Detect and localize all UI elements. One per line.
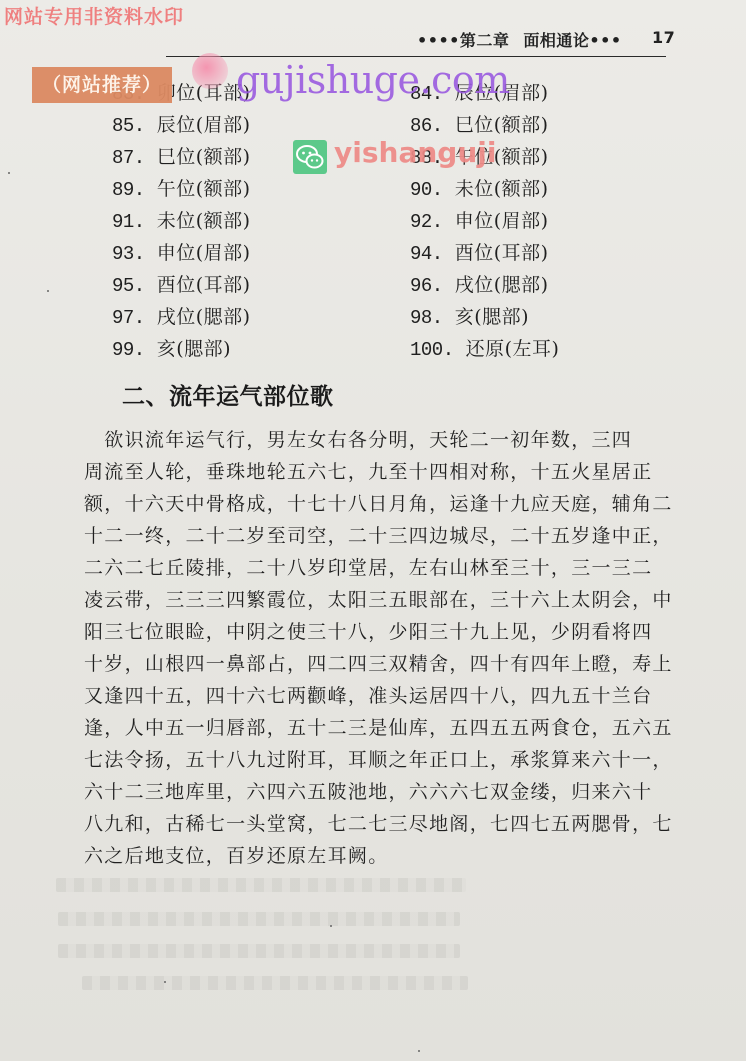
list-item: 86.巳位(额部) [410,113,549,138]
paper-speck [8,172,10,174]
header-rule [166,56,666,57]
bleed-through-text [58,944,460,958]
watermark-badge: （网站推荐） [32,67,172,103]
wechat-icon [293,140,327,174]
heart-icon [192,53,228,89]
list-item: 95.酉位(耳部) [112,273,251,298]
list-item: 90.未位(额部) [410,177,549,202]
running-header: ••••第二章面相通论••• 17 [417,28,622,52]
paragraph-line: 十二一终，二十二岁至司空，二十三四边城尽，二十五岁逢中正， [84,524,674,548]
paragraph-line: 六十二三地库里，六四六五陂池地，六六六七双金缕，归来六十 [84,780,674,804]
page-number: 17 [652,28,675,47]
section-heading: 二、流年运气部位歌 [122,378,334,411]
paragraph-line: 七法令扬，五十八九过附耳，耳顺之年正口上，承浆算来六十一， [84,748,674,772]
paragraph-line: 欲识流年运气行，男左女右各分明，天轮二一初年数，三四 [84,428,674,452]
bleed-through-text [56,878,466,892]
list-item: 91.未位(额部) [112,209,251,234]
paper-speck [330,925,332,927]
list-item: 98.亥(腮部) [410,305,529,330]
book-page: 网站专用非资料水印 ••••第二章面相通论••• 17 83.卯位(耳部) 85… [0,0,746,1061]
paragraph-line: 又逢四十五，四十六七两颧峰，准头运居四十八，四九五十兰台 [84,684,674,708]
paragraph-line: 逢，人中五一归唇部，五十二三是仙库，五四五五两食仓，五六五 [84,716,674,740]
paper-speck [47,290,49,292]
list-item: 94.酉位(耳部) [410,241,549,266]
list-item: 93.申位(眉部) [112,241,251,266]
paper-speck [164,981,166,983]
paragraph-line: 周流至人轮，垂珠地轮五六七，九至十四相对称，十五火星居正 [84,460,674,484]
watermark-wechat-id: yishanguji [334,136,496,169]
watermark-site: gujishuge.com [236,58,510,102]
paragraph-line: 十岁，山根四一鼻部占，四二四三双精舍，四十有四年上瞪，寿上 [84,652,674,676]
paragraph-line: 六之后地支位，百岁还原左耳阙。 [84,844,674,868]
paragraph-line: 阳三七位眼睑，中阴之使三十八，少阳三十九上见，少阴看将四 [84,620,674,644]
paragraph-line: 凌云带，三三三四繁霞位，太阳三五眼部在，三十六上太阴会，中 [84,588,674,612]
watermark-top-left: 网站专用非资料水印 [4,2,184,29]
paragraph-line: 八九和，古稀七一头堂窝，七二七三尽地阁，七四七五两腮骨，七 [84,812,674,836]
list-item: 87.巳位(额部) [112,145,251,170]
paragraph-line: 额，十六天中骨格成，十七十八日月角，运逢十九应天庭，辅角二 [84,492,674,516]
list-item: 92.申位(眉部) [410,209,549,234]
paper-speck [418,1050,420,1052]
bleed-through-text [82,976,468,990]
chapter-label: ••••第二章 [417,31,509,50]
paragraph-line: 二六二七丘陵排，二十八岁印堂居，左右山林至三十，三一三二 [84,556,674,580]
list-item: 96.戌位(腮部) [410,273,549,298]
list-item: 89.午位(额部) [112,177,251,202]
bleed-through-text [58,912,460,926]
chapter-title: 面相通论••• [523,31,621,50]
list-item: 97.戌位(腮部) [112,305,251,330]
list-item: 99.亥(腮部) [112,337,231,362]
list-item: 85.辰位(眉部) [112,113,251,138]
list-item: 100.还原(左耳) [410,337,559,362]
